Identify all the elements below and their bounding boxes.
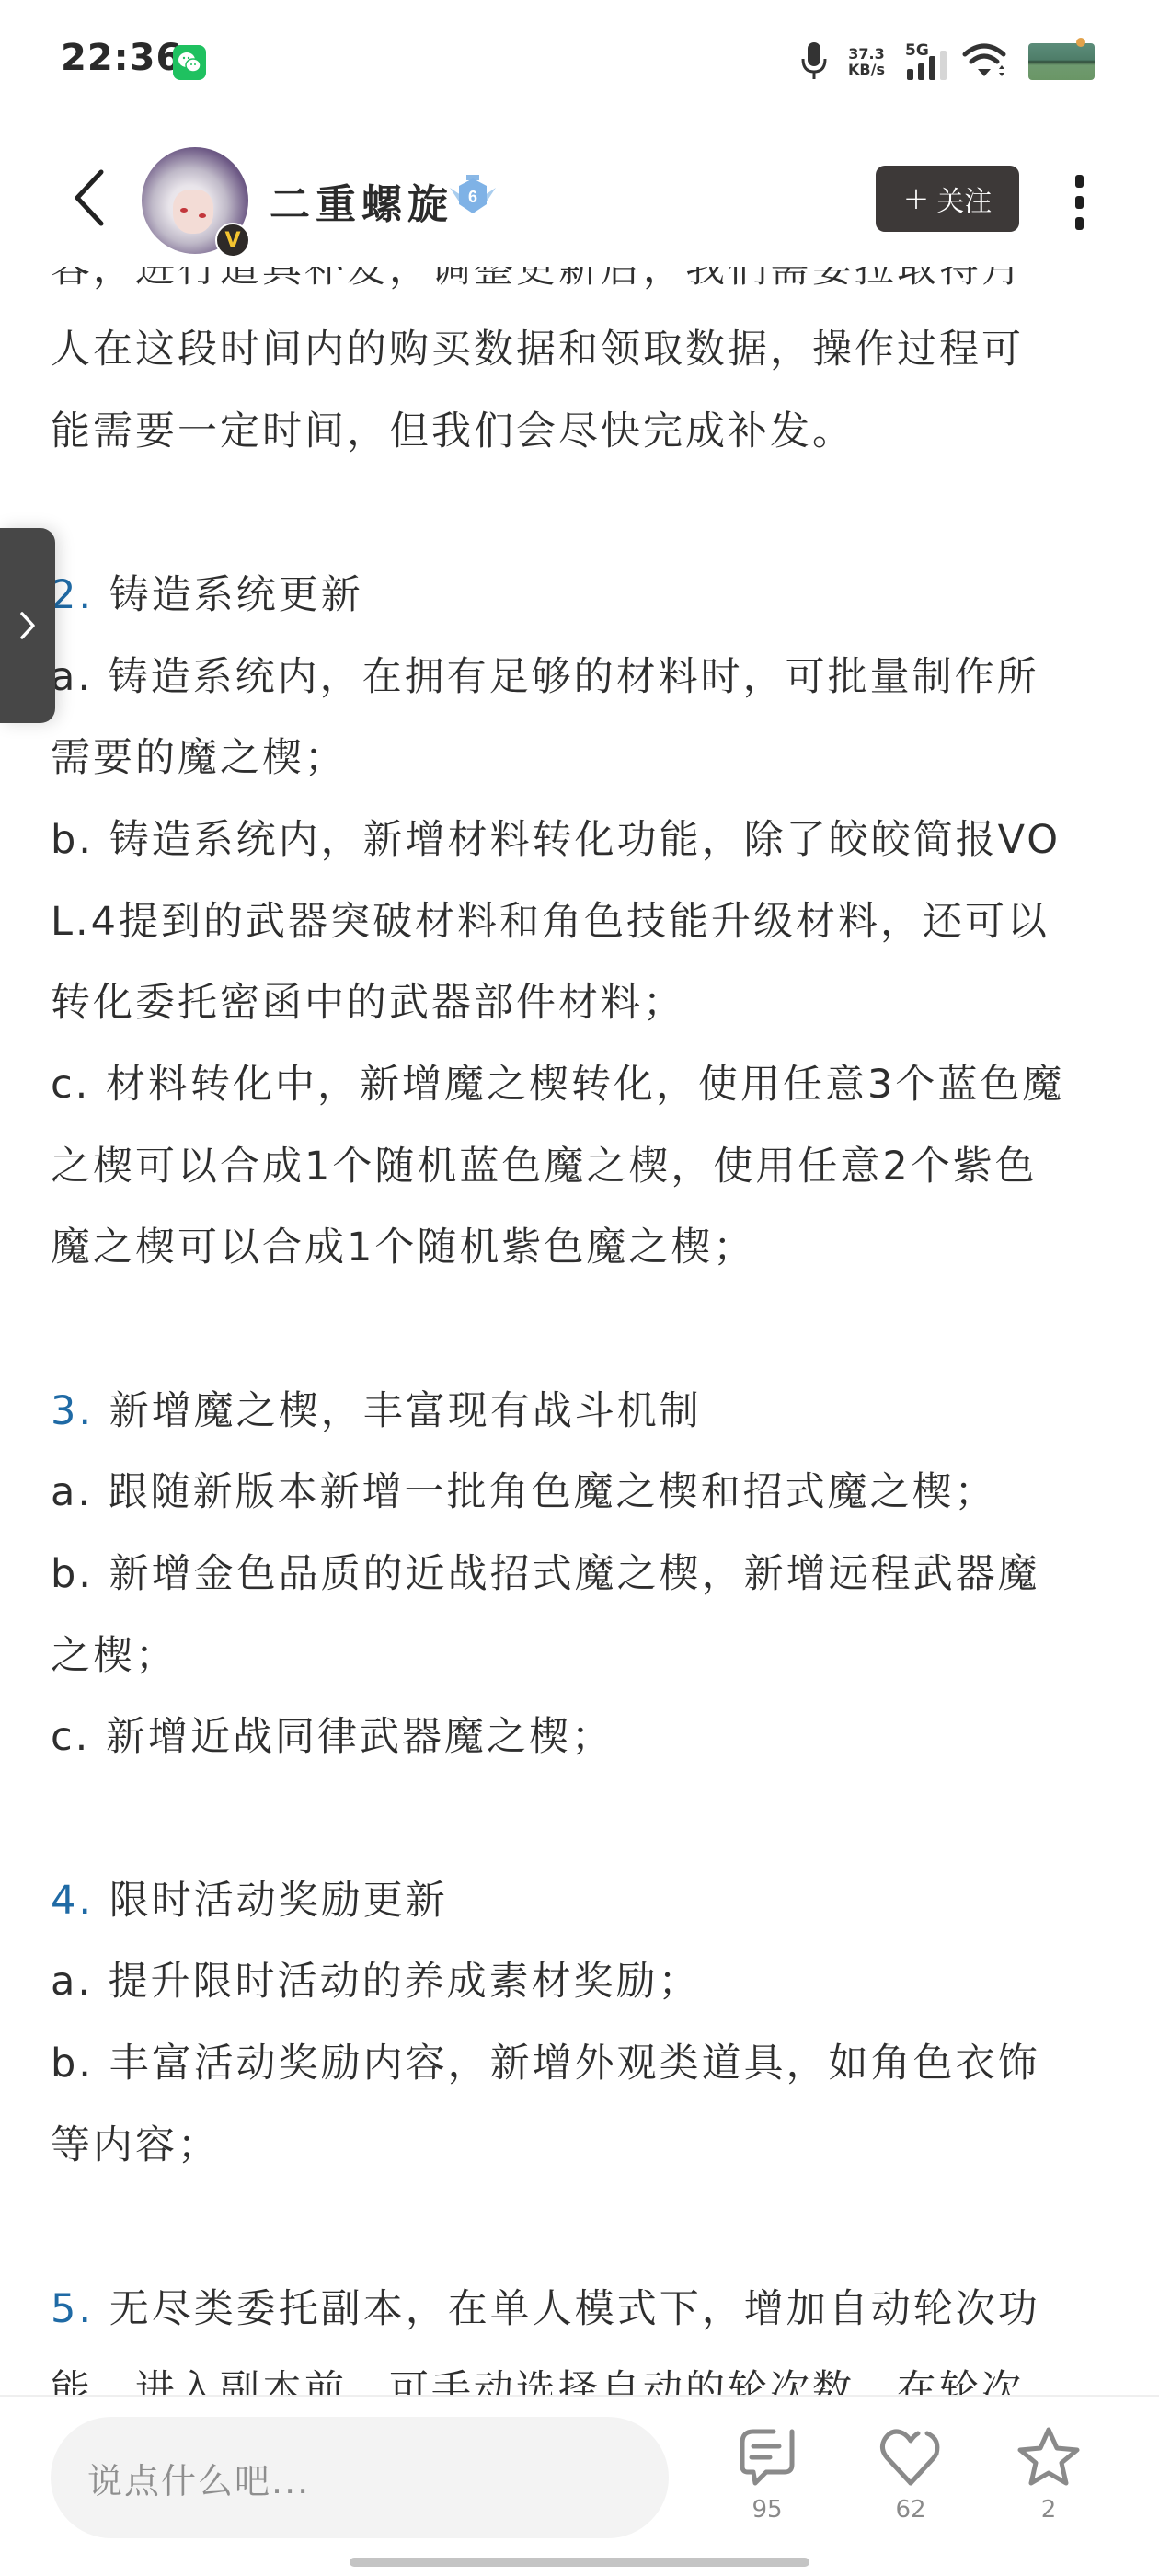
net-speed-value: 37.3 <box>848 46 885 62</box>
section-title: 铸造系统更新 <box>109 572 363 618</box>
section-number: 2. <box>51 572 94 618</box>
home-indicator[interactable] <box>350 2558 809 2567</box>
heart-icon <box>879 2426 942 2487</box>
like-count: 62 <box>895 2496 925 2524</box>
article-line: b. 丰富活动奖励内容，新增外观类道具，如角色衣饰 <box>51 2036 1040 2091</box>
article-line: 之楔； <box>51 1628 178 1684</box>
post-header: V 二重螺旋 6 + 关注 <box>0 120 1159 267</box>
comment-input[interactable]: 说点什么吧... <box>51 2417 669 2538</box>
back-button[interactable] <box>61 166 116 230</box>
wifi-icon <box>962 41 1008 82</box>
article-line: a. 铸造系统内，在拥有足够的材料时，可批量制作所 <box>51 650 1039 705</box>
favorite-count: 2 <box>1041 2496 1057 2524</box>
battery-icon <box>1028 43 1095 80</box>
article-line: 魔之楔可以合成1个随机紫色魔之楔； <box>51 1220 755 1275</box>
comment-button[interactable]: 95 <box>721 2426 813 2546</box>
section-heading: 5. 无尽类委托副本，在单人模式下，增加自动轮次功 <box>51 2282 1040 2337</box>
follow-button[interactable]: + 关注 <box>876 166 1019 232</box>
section-number: 5. <box>51 2286 94 2332</box>
section-heading: 3. 新增魔之楔，丰富现有战斗机制 <box>51 1384 702 1439</box>
chevron-left-icon <box>70 168 107 227</box>
comment-count: 95 <box>752 2496 782 2524</box>
user-name[interactable]: 二重螺旋 <box>270 171 453 230</box>
svg-text:6: 6 <box>468 188 477 206</box>
like-button[interactable]: 62 <box>865 2426 957 2546</box>
section-heading: 2. 铸造系统更新 <box>51 568 363 623</box>
side-drawer-handle[interactable] <box>0 528 55 723</box>
article-line: 等内容； <box>51 2118 220 2173</box>
microphone-icon <box>800 40 828 83</box>
more-options-button[interactable] <box>1065 166 1093 239</box>
section-title: 无尽类委托副本，在单人模式下，增加自动轮次功 <box>109 2286 1040 2332</box>
article-line: a. 提升限时活动的养成素材奖励； <box>51 1954 701 2009</box>
article-line: c. 材料转化中，新增魔之楔转化，使用任意3个蓝色魔 <box>51 1057 1064 1112</box>
status-icons: 37.3 KB/s 5G <box>800 39 1095 85</box>
article-line: L.4提到的武器突破材料和角色技能升级材料，还可以 <box>51 894 1050 949</box>
more-vertical-icon <box>1075 175 1084 188</box>
wechat-icon <box>173 45 206 80</box>
plus-icon: + <box>903 180 930 217</box>
bottom-action-bar: 说点什么吧... 95 62 2 <box>0 2395 1159 2576</box>
status-bar: 22:36 37.3 KB/s 5G <box>0 0 1159 120</box>
article-line: b. 铸造系统内，新增材料转化功能，除了皎皎简报VO <box>51 812 1061 868</box>
cellular-signal-icon: 5G <box>905 41 942 82</box>
star-icon <box>1016 2426 1081 2487</box>
comment-icon <box>737 2426 798 2487</box>
section-number: 4. <box>51 1878 94 1924</box>
net-speed: 37.3 KB/s <box>848 46 885 77</box>
net-speed-unit: KB/s <box>848 62 885 77</box>
network-type: 5G <box>905 41 929 60</box>
status-time: 22:36 <box>61 37 182 79</box>
article-line: a. 跟随新版本新增一批角色魔之楔和招式魔之楔； <box>51 1465 997 1520</box>
article-line: 能需要一定时间，但我们会尽快完成补发。 <box>51 404 855 459</box>
level-badge: 6 <box>448 173 498 219</box>
article-line: 人在这段时间内的购买数据和领取数据，操作过程可 <box>51 322 1024 377</box>
article-line: 需要的魔之楔； <box>51 730 347 786</box>
article-line: 之楔可以合成1个随机蓝色魔之楔，使用任意2个紫色 <box>51 1139 1038 1194</box>
article-body: 容，进行道具补发，调整更新后，我们需要拉取特月 人在这段时间内的购买数据和领取数… <box>0 0 1159 2576</box>
section-heading: 4. 限时活动奖励更新 <box>51 1873 448 1928</box>
section-number: 3. <box>51 1388 94 1434</box>
article-line: b. 新增金色品质的近战招式魔之楔，新增远程武器魔 <box>51 1547 1040 1602</box>
favorite-button[interactable]: 2 <box>1003 2426 1095 2546</box>
verified-badge: V <box>215 223 250 258</box>
section-title: 限时活动奖励更新 <box>109 1878 448 1924</box>
chevron-right-icon <box>18 610 37 641</box>
section-title: 新增魔之楔，丰富现有战斗机制 <box>109 1388 702 1434</box>
follow-label: 关注 <box>936 178 992 219</box>
article-line: 转化委托密函中的武器部件材料； <box>51 975 685 1030</box>
article-line: c. 新增近战同律武器魔之楔； <box>51 1709 614 1765</box>
